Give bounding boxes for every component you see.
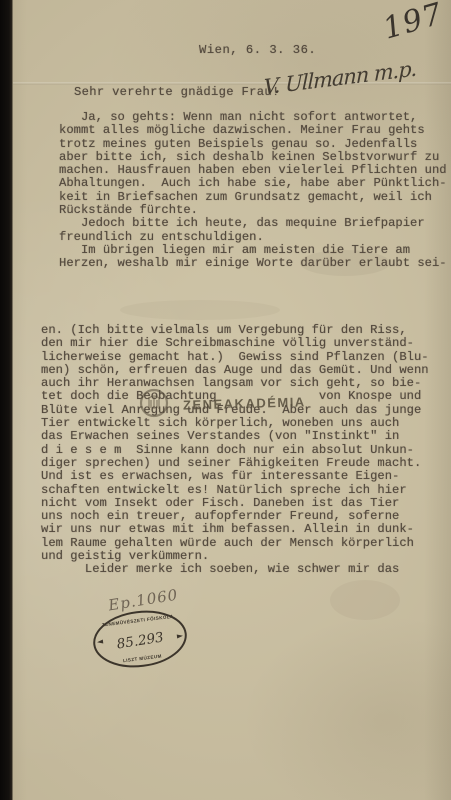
stamp-left-arrow-icon (97, 640, 103, 645)
liszt-museum-oval-stamp: ZENEMŰVÉSZETI FŐISKOLA 85.293 LISZT MÚZE… (87, 602, 194, 676)
zeneakademia-stamp-text: ZENEAKADÉMIA (183, 394, 306, 412)
paper-smudge (330, 580, 400, 620)
letter-body-block-2: en. (Ich bitte vielmals um Vergebung für… (41, 324, 429, 577)
stamp-right-arrow-icon (177, 634, 183, 639)
zeneakademia-emblem-icon (139, 388, 169, 418)
oval-stamp-inventory-number: 85.293 (116, 629, 165, 652)
scan-edge-shadow (0, 0, 13, 800)
handwritten-archive-number: 197 (379, 0, 447, 47)
handwritten-signature-annotation: V. Ullmann m.p. (263, 57, 416, 100)
letter-body-block-1: Ja, so gehts: Wenn man nicht sofort antw… (59, 111, 447, 271)
paper-smudge (120, 300, 280, 320)
salutation: Sehr verehrte gnädige Frau! (74, 86, 280, 99)
oval-stamp-bottom-arc: LISZT MÚZEUM (123, 653, 162, 664)
date-line: Wien, 6. 3. 36. (199, 44, 316, 57)
scanned-letter-page: 197 Wien, 6. 3. 36. Sehr verehrte gnädig… (0, 0, 451, 800)
